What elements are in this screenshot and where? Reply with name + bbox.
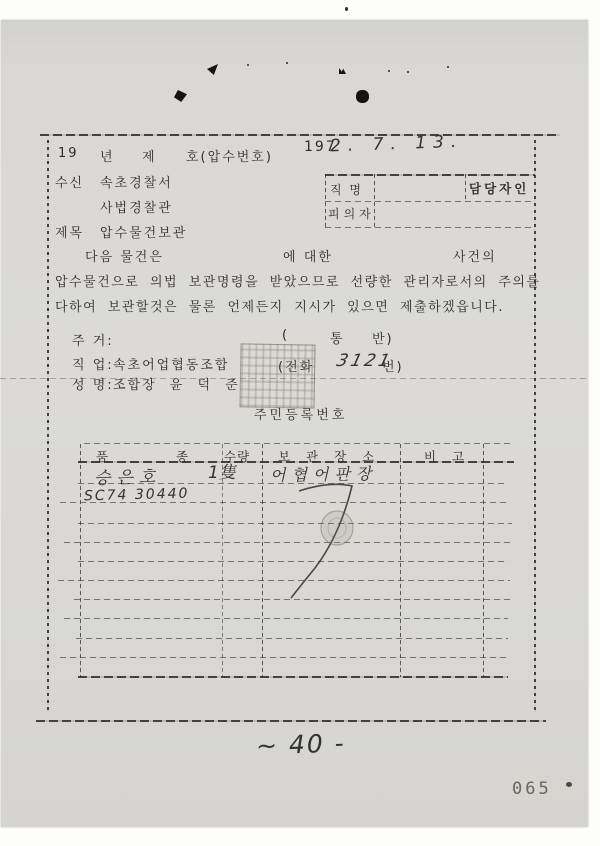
table-row-line	[60, 657, 508, 658]
recipient-line1: 속초경찰서	[100, 172, 173, 191]
job-value: 속초어업협동조합	[113, 354, 229, 373]
name-label: 성 명:	[72, 374, 114, 393]
ink-speck	[356, 90, 369, 103]
form-year-label: 년	[100, 146, 115, 165]
body-line1-b: 에 대한	[283, 246, 333, 265]
recipient-line2: 사법경찰관	[100, 197, 173, 216]
table-top-line	[84, 443, 514, 444]
officer-box-top-line	[325, 174, 535, 176]
form-right-border	[534, 140, 536, 712]
body-line3: 다하여 보관할것은 물론 언제든지 지시가 있으면 제출하겠읍니다.	[55, 296, 504, 315]
row1-registration-handwritten: SC74 30440	[84, 486, 190, 505]
form-year-prefix: 19	[58, 146, 79, 161]
ink-dot	[345, 7, 348, 11]
row1-location-handwritten: 어협어판장	[270, 461, 378, 486]
scanned-paper	[1, 20, 588, 827]
ink-dot	[566, 782, 572, 787]
body-line1-c: 사건의	[453, 246, 497, 265]
phone-unit: 번)	[382, 356, 404, 375]
ban-label: 반)	[372, 328, 394, 347]
row1-qty-handwritten: 1隻	[208, 458, 236, 483]
form-ho-label: 호(압수번호)	[186, 146, 273, 165]
form-bottom-border	[36, 720, 546, 722]
officer-title-label: 직 명	[330, 181, 363, 198]
officer-box-bottom-line	[325, 227, 535, 228]
suspect-label: 피의자	[328, 205, 375, 222]
table-row-line	[64, 542, 510, 543]
recipient-label: 수신	[55, 172, 84, 191]
table-row-line	[64, 618, 508, 619]
officer-sign-label: 담당자인	[469, 179, 529, 197]
scan-fold-line	[0, 378, 588, 379]
printed-page-number: 065	[512, 779, 552, 799]
officer-box-left-line	[325, 174, 326, 228]
table-row-line	[76, 638, 508, 639]
form-top-border	[40, 134, 560, 136]
address-paren-open: (	[282, 328, 289, 343]
subject-value: 압수물건보관	[100, 222, 187, 241]
square-seal-stamp	[239, 343, 315, 408]
ink-dot	[447, 66, 449, 68]
form-left-border	[47, 140, 49, 712]
table-bottom-line	[78, 676, 508, 678]
table-row-line	[78, 561, 508, 562]
subject-label: 제목	[55, 222, 84, 241]
table-row-line	[78, 523, 512, 524]
handwritten-page-number: ~ 40 -	[256, 728, 347, 760]
body-line2: 압수물건으로 의법 보관명령을 받았으므로 선량한 관리자로서의 주의를	[55, 271, 541, 290]
address-label: 주 거:	[72, 330, 114, 349]
row1-item-handwritten: 승은호	[94, 462, 162, 488]
resident-no-label: 주민등록번호	[254, 404, 347, 423]
form-je-label: 제	[142, 146, 157, 165]
ink-dot	[247, 64, 249, 66]
officer-box-mid-line	[325, 201, 535, 202]
job-label: 직 업:	[72, 354, 114, 373]
table-row-line	[74, 599, 512, 600]
tong-label: 통	[330, 328, 345, 347]
name-value: 조합장 윤 덕 준	[113, 374, 240, 393]
ink-dot	[286, 62, 288, 64]
ink-dot	[407, 71, 409, 73]
officer-box-divider2	[465, 174, 466, 202]
ink-dot	[388, 70, 390, 72]
table-row-line	[58, 580, 510, 581]
body-line1-a: 다음 물건은	[85, 246, 164, 265]
